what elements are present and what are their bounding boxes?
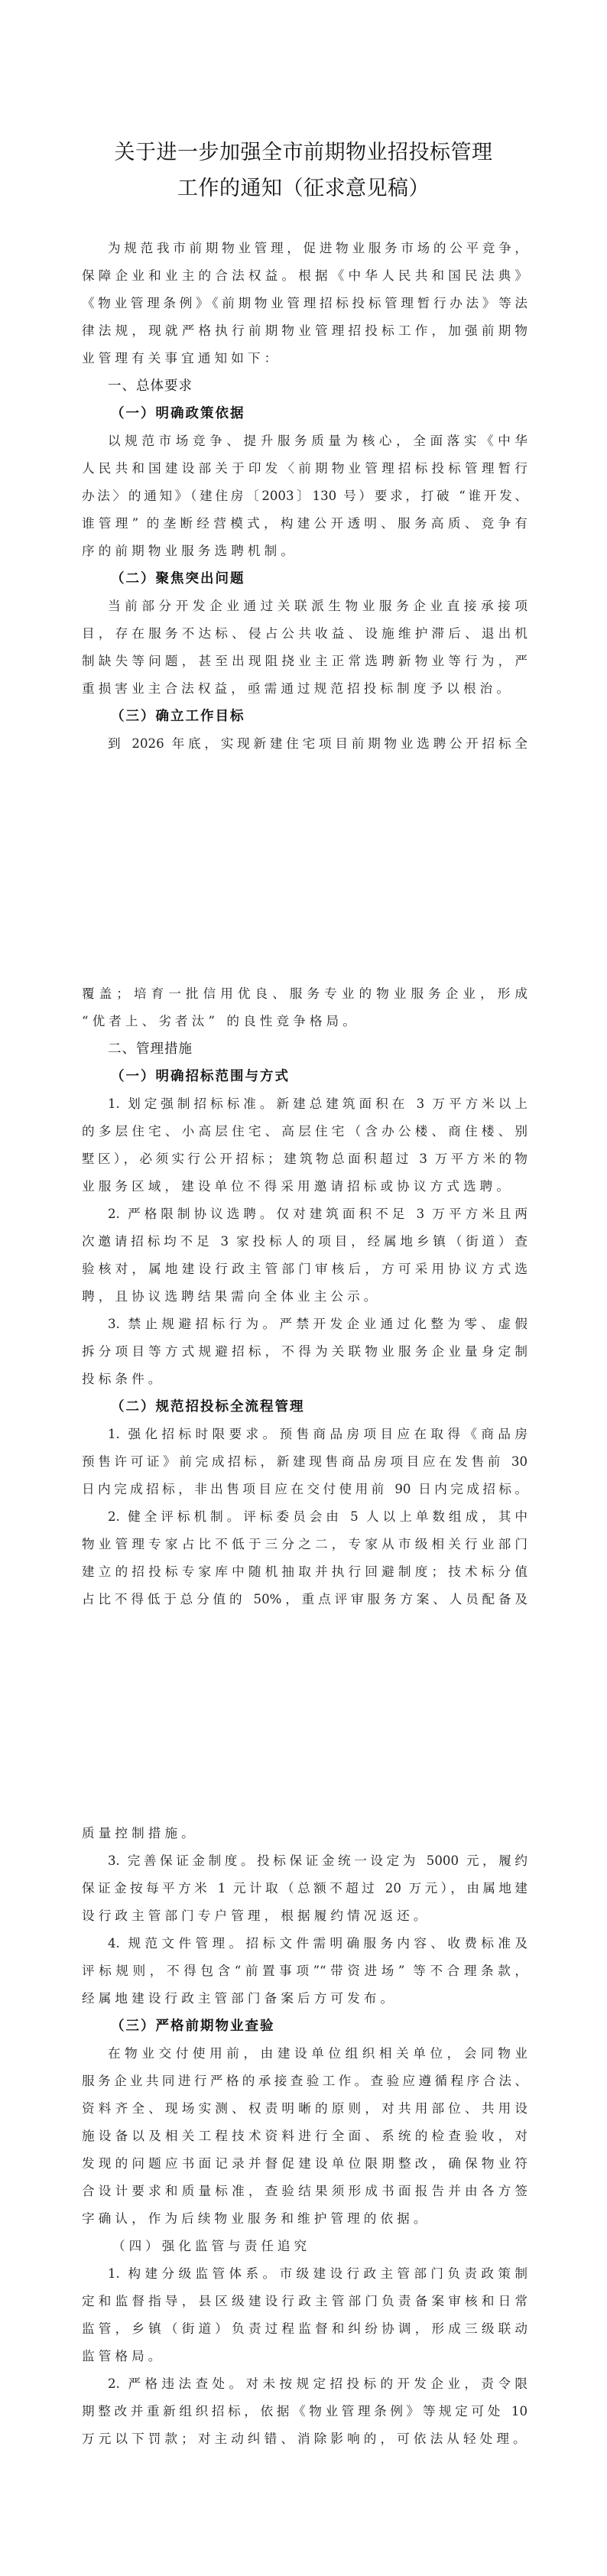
- paragraph-line: 覆盖；培育一批信用优良、服务专业的物业服务企业，形成: [82, 980, 527, 1008]
- paragraph-line: 拆分项目等方式规避招标，不得为关联物业服务企业量身定制: [82, 1338, 527, 1366]
- paragraph-line: 施设备以及相关工程技术资料进行全面、系统的检查验收，对: [82, 2123, 527, 2150]
- paragraph-line: 监管，乡镇（街道）负责过程监督和纠纷协调，形成三级联动: [82, 2315, 527, 2343]
- paragraph-line: 日内完成招标，非出售项目应在交付使用前 90 日内完成招标。: [82, 1476, 527, 1503]
- paragraph-line: 投标条件。: [82, 1366, 527, 1393]
- paragraph-line: 次邀请招标均不足 3 家投标人的项目，经属地乡镇（街道）查: [82, 1228, 527, 1256]
- paragraph-line: 聘，且协议选聘结果需向全体业主公示。: [82, 1283, 527, 1311]
- paragraph-line: 期整改并重新组织招标，依据《物业管理条例》等规定可处 10: [82, 2398, 527, 2425]
- paragraph-line: 建立的招投标专家库中随机抽取并执行回避制度；技术标分值: [82, 1558, 527, 1586]
- paragraph-line: 预售许可证》前完成招标，新建现售商品房项目应在发售前 30: [82, 1448, 527, 1476]
- paragraph-line: 字确认，作为后续物业服务和维护管理的依据。: [82, 2205, 527, 2233]
- paragraph-line: 经属地建设行政主管部门备案后方可发布。: [82, 1985, 527, 2012]
- paragraph-line: 人民共和国建设部关于印发〈前期物业管理招标投标管理暂行: [82, 455, 527, 482]
- paragraph-line: 1. 划定强制招标标准。新建总建筑面积在 3 万平方米以上: [82, 1090, 527, 1118]
- paragraph-line: 重损害业主合法权益，亟需通过规范招投标制度予以根治。: [82, 675, 527, 703]
- paragraph-line: 制缺失等问题，甚至出现阻挠业主正常选聘新物业等行为，严: [82, 648, 527, 675]
- subsection-heading: （一）明确政策依据: [82, 400, 527, 427]
- paragraph-line: 评标规则，不得包含“前置事项”“带资进场” 等不合理条款，: [82, 1957, 527, 1985]
- subsection-heading: （二）聚焦突出问题: [82, 565, 527, 593]
- paragraph-line: 以规范市场竞争、提升服务质量为核心，全面落实《中华: [82, 427, 527, 455]
- paragraph-line: 1. 强化招标时限要求。预售商品房项目应在取得《商品房: [82, 1421, 527, 1448]
- paragraph-line: 设行政主管部门专户管理，根据履约情况返还。: [82, 1902, 527, 1930]
- paragraph-line: 在物业交付使用前，由建设单位组织相关单位，会同物业: [82, 2040, 527, 2068]
- section-heading: 二、管理措施: [82, 1035, 527, 1063]
- paragraph-line: 墅区），必须实行公开招标；建筑物总面积超过 3 万平方米的物: [82, 1145, 527, 1173]
- paragraph-line: 占比不得低于总分值的 50%，重点评审服务方案、人员配备及: [82, 1586, 527, 1613]
- paragraph-line: 谁管理” 的垄断经营模式，构建公开透明、服务高质、竞争有: [82, 510, 527, 538]
- section-heading: 一、总体要求: [82, 372, 527, 400]
- subsection-heading: （三）确立工作目标: [82, 703, 527, 730]
- paragraph-line: 保证金按每平方米 1 元计取（总额不超过 20 万元），由属地建: [82, 1875, 527, 1902]
- page-section-2: 覆盖；培育一批信用优良、服务专业的物业服务企业，形成“优者上、劣者汰” 的良性竞…: [82, 980, 527, 1613]
- paragraph-line: 万元以下罚款；对主动纠错、消除影响的，可依法从轻处理。: [82, 2425, 527, 2453]
- paragraph-line: 3. 完善保证金制度。投标保证金统一设定为 5000 元，履约: [82, 1847, 527, 1875]
- subsection-heading: （三）严格前期物业查验: [82, 2012, 527, 2040]
- subsection-heading: （四）强化监管与责任追究: [82, 2233, 527, 2260]
- page-section-1: 为规范我市前期物业管理，促进物业服务市场的公平竞争，保障企业和业主的合法权益。根…: [82, 235, 527, 758]
- paragraph-line: 验核对，属地建设行政主管部门审核后，方可采用协议方式选: [82, 1256, 527, 1283]
- paragraph-line: 服务企业共同进行严格的承接查验工作。查验应遵循程序合法、: [82, 2068, 527, 2095]
- paragraph-line: 物业管理专家占比不低于三分之二，专家从市级相关行业部门: [82, 1531, 527, 1558]
- paragraph-line: “优者上、劣者汰” 的良性竞争格局。: [82, 1008, 527, 1035]
- paragraph-line: 4. 规范文件管理。招标文件需明确服务内容、收费标准及: [82, 1930, 527, 1957]
- subsection-heading: （一）明确招标范围与方式: [82, 1063, 527, 1090]
- paragraph-line: 业管理有关事宜通知如下：: [82, 345, 527, 372]
- paragraph-line: 办法〉的通知》（建住房〔2003〕130 号）要求，打破 “谁开发、: [82, 482, 527, 510]
- paragraph-line: 目，存在服务不达标、侵占公共收益、设施维护滞后、退出机: [82, 620, 527, 648]
- paragraph-line: 2. 健全评标机制。评标委员会由 5 人以上单数组成，其中: [82, 1503, 527, 1531]
- paragraph-line: 合设计要求和质量标准，查验结果须形成书面报告并由各方签: [82, 2178, 527, 2205]
- paragraph-line: 2. 严格违法查处。对未按规定招投标的开发企业，责令限: [82, 2370, 527, 2398]
- paragraph-line: 3. 禁止规避招标行为。严禁开发企业通过化整为零、虚假: [82, 1311, 527, 1338]
- document-title: 关于进一步加强全市前期物业招投标管理 工作的通知（征求意见稿）: [0, 135, 607, 206]
- paragraph-line: 1. 构建分级监管体系。市级建设行政主管部门负责政策制: [82, 2260, 527, 2288]
- paragraph-line: 序的前期物业服务选聘机制。: [82, 538, 527, 565]
- paragraph-line: 业服务区域，建设单位不得采用邀请招标或协议方式选聘。: [82, 1173, 527, 1200]
- title-line-1: 关于进一步加强全市前期物业招投标管理: [0, 135, 607, 171]
- paragraph-line: 质量控制措施。: [82, 1820, 527, 1847]
- paragraph-line: 的多层住宅、小高层住宅、高层住宅（含办公楼、商住楼、别: [82, 1118, 527, 1145]
- paragraph-line: 当前部分开发企业通过关联派生物业服务企业直接承接项: [82, 593, 527, 620]
- paragraph-line: 律法规，现就严格执行前期物业管理招投标工作，加强前期物: [82, 317, 527, 345]
- paragraph-line: 《物业管理条例》《前期物业管理招标投标管理暂行办法》等法: [82, 290, 527, 317]
- paragraph-line: 定和监督指导，县区级建设行政主管部门负责备案审核和日常: [82, 2288, 527, 2315]
- paragraph-line: 2. 严格限制协议选聘。仅对建筑面积不足 3 万平方米且两: [82, 1200, 527, 1228]
- paragraph-line: 资料齐全、现场实测、权责明晰的原则，对共用部位、共用设: [82, 2095, 527, 2123]
- subsection-heading: （二）规范招投标全流程管理: [82, 1393, 527, 1421]
- title-line-2: 工作的通知（征求意见稿）: [0, 171, 607, 206]
- paragraph-line: 发现的问题应书面记录并督促建设单位限期整改，确保物业符: [82, 2150, 527, 2178]
- page-section-3: 质量控制措施。3. 完善保证金制度。投标保证金统一设定为 5000 元，履约保证…: [82, 1820, 527, 2453]
- paragraph-line: 到 2026 年底，实现新建住宅项目前期物业选聘公开招标全: [82, 730, 527, 758]
- paragraph-line: 为规范我市前期物业管理，促进物业服务市场的公平竞争，: [82, 235, 527, 262]
- paragraph-line: 监管格局。: [82, 2343, 527, 2370]
- paragraph-line: 保障企业和业主的合法权益。根据《中华人民共和国民法典》: [82, 262, 527, 290]
